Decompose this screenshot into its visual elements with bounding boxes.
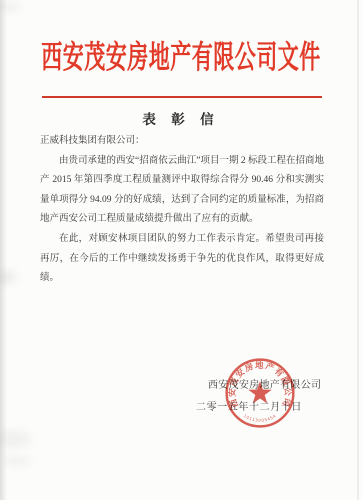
salutation: 正威科技集团有限公司：	[40, 132, 324, 152]
star-icon	[248, 381, 271, 403]
scan-smudge	[0, 270, 16, 284]
official-seal: 西安茂安房地产有限公司 6101130054543	[221, 354, 299, 432]
letter-title: 表 彰 信	[0, 108, 362, 128]
body-paragraph-1: 由贵司承建的西安“招商依云曲江”项目一期 2 标段工程在招商地产 2015 年第…	[40, 152, 324, 230]
scan-smudge	[0, 2, 22, 12]
scanned-letter-page: 西安茂安房地产有限公司文件 表 彰 信 正威科技集团有限公司： 由贵司承建的西安…	[0, 0, 362, 500]
letterhead-title: 西安茂安房地产有限公司文件	[0, 25, 362, 88]
body-paragraph-2: 在此，对顾安林项目团队的努力工作表示肯定。希望贵司再接再厉，在今后的工作中继续发…	[40, 230, 324, 289]
letter-body: 正威科技集团有限公司： 由贵司承建的西安“招商依云曲江”项目一期 2 标段工程在…	[40, 132, 324, 289]
letterhead-rule	[42, 96, 322, 98]
scan-smudge	[0, 430, 32, 448]
scan-smudge	[2, 455, 32, 467]
